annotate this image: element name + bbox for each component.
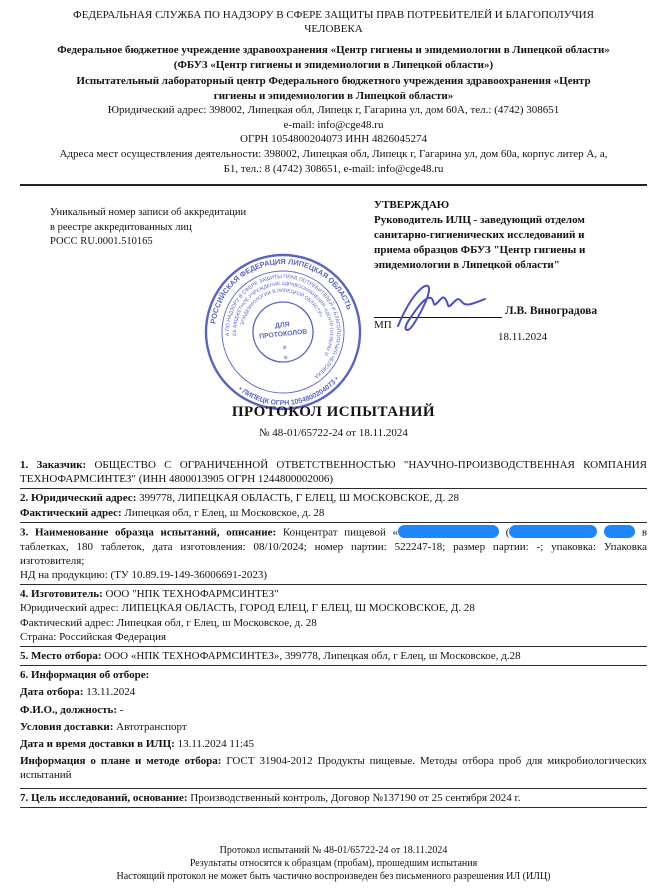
stamp-star-top: ✳ [282,344,289,353]
accreditation-block: Уникальный номер записи об аккредитации … [50,206,280,250]
redaction-pill-3 [604,525,635,538]
customer-label: 1. Заказчик: [20,459,86,471]
section-purpose: 7. Цель исследований, основание: Произво… [20,788,647,807]
sampling-method-label: Информация о плане и методе отбора: [20,755,221,767]
protocol-number: № 48-01/65722-24 от 18.11.2024 [20,427,647,439]
signer-name: Л.В. Виноградова [505,305,597,317]
customer-value: ОБЩЕСТВО С ОГРАНИЧЕННОЙ ОТВЕТСТВЕННОСТЬЮ… [20,459,647,485]
manufacturer-label: 4. Изготовитель: [20,588,103,600]
sample-description-paragraph: 3. Наименование образца испытаний, описа… [20,525,647,568]
sampling-date-label: Дата отбора: [20,686,83,698]
lab-legal-address: Юридический адрес: 398002, Липецкая обл,… [20,103,647,118]
organization-name-line2: (ФБУЗ «Центр гигиены и эпидемиологии в Л… [20,58,647,73]
agency-header: ФЕДЕРАЛЬНАЯ СЛУЖБА ПО НАДЗОРУ В СФЕРЕ ЗА… [20,8,647,36]
stamp-center-line1: ДЛЯ [275,321,290,329]
approval-line3: приема образцов ФБУЗ "Центр гигиены и [374,243,646,258]
actual-address-value: Липецкая обл, г Елец, ш Московское, д. 2… [124,507,324,519]
legal-address-label: 2. Юридический адрес: [20,492,136,504]
activity-addresses-line1: Адреса мест осуществления деятельности: … [20,147,647,162]
approval-line2: санитарно-гигиенических исследований и [374,228,646,243]
lab-ogrn-inn: ОГРН 1054800204073 ИНН 4826045274 [20,132,647,147]
delivery-datetime-paragraph: Дата и время доставки в ИЛЦ: 13.11.2024 … [20,737,647,751]
section-manufacturer: 4. Изготовитель: ООО "НПК ТЕХНОФАРМСИНТЕ… [20,584,647,646]
accreditation-line2: в реестре аккредитованных лиц [50,221,280,236]
accreditation-number: РОСС RU.0001.510165 [50,235,280,250]
purpose-label: 7. Цель исследований, основание: [20,792,188,804]
manufacturer-actual-address: Фактический адрес: Липецкая обл, г Елец,… [20,616,647,630]
sampling-method-paragraph: Информация о плане и методе отбора: ГОСТ… [20,754,647,782]
sample-label: 3. Наименование образца испытаний, описа… [20,526,276,538]
section-customer: 1. Заказчик: ОБЩЕСТВО С ОГРАНИЧЕННОЙ ОТВ… [20,456,647,488]
delivery-datetime-value: 13.11.2024 11:45 [178,738,255,750]
customer-paragraph: 1. Заказчик: ОБЩЕСТВО С ОГРАНИЧЕННОЙ ОТВ… [20,458,647,486]
sampling-place-value: ООО «НПК ТЕХНОФАРМСИНТЕЗ», 399778, Липец… [104,650,520,662]
delivery-datetime-label: Дата и время доставки в ИЛЦ: [20,738,175,750]
sampling-fio-label: Ф.И.О., должность: [20,704,117,716]
approval-date: 18.11.2024 [498,331,547,343]
purpose-value: Производственный контроль, Договор №1371… [190,792,520,804]
lab-email: e-mail: info@cge48.ru [20,118,647,133]
activity-addresses-line2: Б1, тел.: 8 (4742) 308651, e-mail: info@… [20,162,647,177]
legal-address-paragraph: 2. Юридический адрес: 399778, ЛИПЕЦКАЯ О… [20,491,647,505]
page-footer: Протокол испытаний № 48-01/65722-24 от 1… [20,845,647,883]
stamp-outer-top-text: РОССИЙСКАЯ ФЕДЕРАЦИЯ ЛИПЕЦКАЯ ОБЛАСТЬ [202,250,354,326]
accreditation-line1: Уникальный номер записи об аккредитации [50,206,280,221]
sampling-place-paragraph: 5. Место отбора: ООО «НПК ТЕХНОФАРМСИНТЕ… [20,649,647,663]
delivery-conditions-label: Условия доставки: [20,721,113,733]
header-divider [20,184,647,186]
sample-nd-paragraph: НД на продукцию: (ТУ 10.89.19-149-360066… [20,568,647,582]
protocol-sections: 1. Заказчик: ОБЩЕСТВО С ОГРАНИЧЕННОЙ ОТВ… [20,456,647,808]
manufacturer-value: ООО "НПК ТЕХНОФАРМСИНТЕЗ" [106,588,279,600]
redaction-pill-1 [398,525,499,538]
lab-center-line2: гигиены и эпидемиологии в Липецкой облас… [20,89,647,104]
sampling-fio-value: - [120,704,124,716]
seal-place-label: МП [374,319,392,331]
section-sampling-place: 5. Место отбора: ООО «НПК ТЕХНОФАРМСИНТЕ… [20,646,647,665]
footer-reproduction-note: Настоящий протокол не может быть частичн… [20,871,647,884]
agency-name-line2: ЧЕЛОВЕКА [20,22,647,36]
footer-results-note: Результаты относятся к образцам (пробам)… [20,858,647,871]
organization-header: Федеральное бюджетное учреждение здравоо… [20,43,647,72]
agency-name-line1: ФЕДЕРАЛЬНАЯ СЛУЖБА ПО НАДЗОРУ В СФЕРЕ ЗА… [20,8,647,22]
protocol-title: ПРОТОКОЛ ИСПЫТАНИЙ [20,404,647,421]
delivery-conditions-value: Автотранспорт [116,721,187,733]
sample-intro: Концентрат пищевой « [283,526,398,538]
stamp-center-line2: ПРОТОКОЛОВ [259,328,308,340]
sampling-place-label: 5. Место отбора: [20,650,102,662]
manufacturer-legal-address: Юридический адрес: ЛИПЕЦКАЯ ОБЛАСТЬ, ГОР… [20,601,647,615]
approval-title: УТВЕРЖДАЮ [374,198,646,213]
manufacturer-country: Страна: Российская Федерация [20,630,647,644]
actual-address-label: Фактический адрес: [20,507,122,519]
delivery-conditions-paragraph: Условия доставки: Автотранспорт [20,720,647,734]
section-sampling-info: 6. Информация об отборе: Дата отбора: 13… [20,665,647,787]
manufacturer-paragraph: 4. Изготовитель: ООО "НПК ТЕХНОФАРМСИНТЕ… [20,587,647,601]
stamp-star-bottom: ✳ [283,354,290,363]
laboratory-center-header: Испытательный лабораторный центр Федерал… [20,74,647,147]
legal-address-value: 399778, ЛИПЕЦКАЯ ОБЛАСТЬ, Г ЕЛЕЦ, Ш МОСК… [139,492,459,504]
stamp-icon: РОССИЙСКАЯ ФЕДЕРАЦИЯ ЛИПЕЦКАЯ ОБЛАСТЬ • … [195,244,371,420]
svg-text:РОССИЙСКАЯ ФЕДЕРАЦИЯ ЛИПЕЦКАЯ: РОССИЙСКАЯ ФЕДЕРАЦИЯ ЛИПЕЦКАЯ ОБЛАСТЬ [202,250,354,326]
approval-block: УТВЕРЖДАЮ Руководитель ИЛЦ - заведующий … [374,198,646,273]
protocol-document-page: ФЕДЕРАЛЬНАЯ СЛУЖБА ПО НАДЗОРУ В СФЕРЕ ЗА… [0,0,667,894]
sampling-fio-paragraph: Ф.И.О., должность: - [20,703,647,717]
approval-line1: Руководитель ИЛЦ - заведующий отделом [374,213,646,228]
sampling-date-value: 13.11.2024 [86,686,135,698]
purpose-paragraph: 7. Цель исследований, основание: Произво… [20,791,647,805]
activity-addresses: Адреса мест осуществления деятельности: … [20,147,647,176]
round-stamp: РОССИЙСКАЯ ФЕДЕРАЦИЯ ЛИПЕЦКАЯ ОБЛАСТЬ • … [195,244,371,420]
footer-protocol-ref: Протокол испытаний № 48-01/65722-24 от 1… [20,845,647,858]
sampling-info-label: 6. Информация об отборе: [20,668,647,682]
lab-center-line1: Испытательный лабораторный центр Федерал… [20,74,647,89]
redaction-pill-2 [509,525,597,538]
sampling-date-paragraph: Дата отбора: 13.11.2024 [20,685,647,699]
approval-line4: эпидемиологии в Липецкой области" [374,258,646,273]
actual-address-paragraph: Фактический адрес: Липецкая обл, г Елец,… [20,506,647,520]
section-sample: 3. Наименование образца испытаний, описа… [20,522,647,584]
section-legal-address: 2. Юридический адрес: 399778, ЛИПЕЦКАЯ О… [20,488,647,521]
signature-icon [388,278,508,332]
organization-name-line1: Федеральное бюджетное учреждение здравоо… [20,43,647,58]
